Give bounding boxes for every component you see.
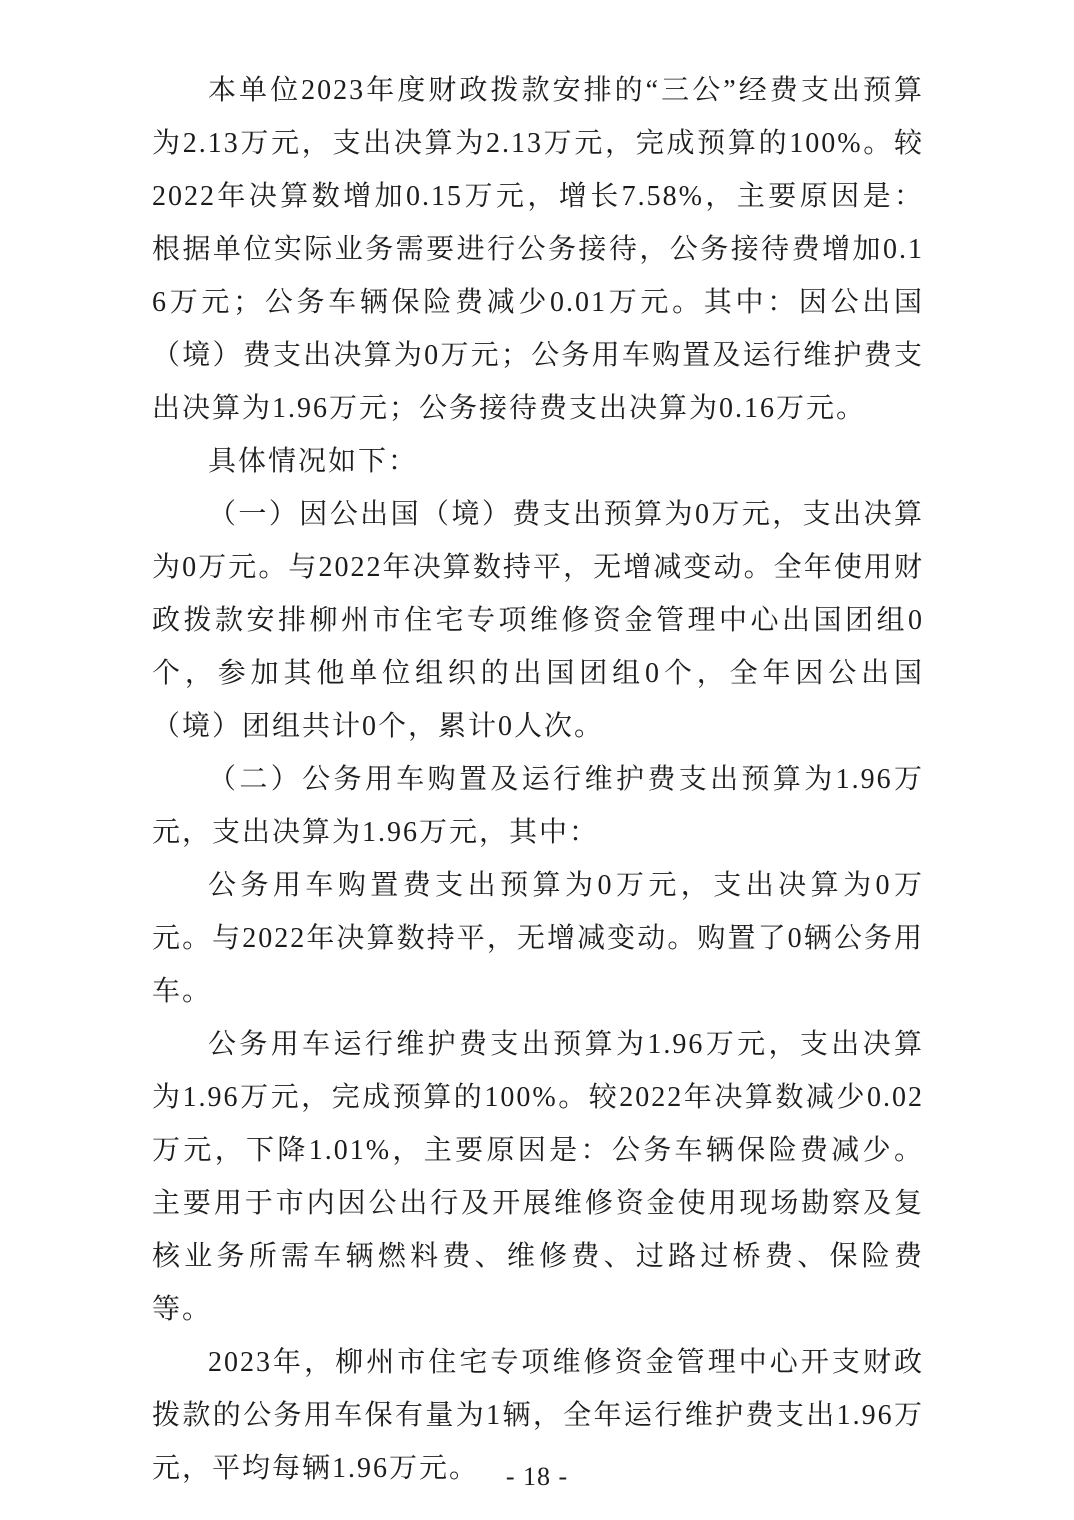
paragraph-details-intro: 具体情况如下： <box>152 435 924 488</box>
paragraph-item-two-vehicle-expense: （二）公务用车购置及运行维护费支出预算为1.96万元，支出决算为1.96万元，其… <box>152 753 924 859</box>
page-number: - 18 - <box>506 1462 568 1491</box>
paragraph-item-one-abroad-expense: （一）因公出国（境）费支出预算为0万元，支出决算为0万元。与2022年决算数持平… <box>152 488 924 753</box>
document-body: 本单位2023年度财政拨款安排的“三公”经费支出预算为2.13万元，支出决算为2… <box>152 64 924 1495</box>
paragraph-vehicle-maintenance: 公务用车运行维护费支出预算为1.96万元，支出决算为1.96万元，完成预算的10… <box>152 1018 924 1336</box>
document-page: 本单位2023年度财政拨款安排的“三公”经费支出预算为2.13万元，支出决算为2… <box>0 0 1074 1520</box>
paragraph-summary-three-public: 本单位2023年度财政拨款安排的“三公”经费支出预算为2.13万元，支出决算为2… <box>152 64 924 435</box>
paragraph-vehicle-purchase: 公务用车购置费支出预算为0万元，支出决算为0万元。与2022年决算数持平，无增减… <box>152 859 924 1018</box>
page-footer: - 18 - <box>0 1462 1074 1492</box>
